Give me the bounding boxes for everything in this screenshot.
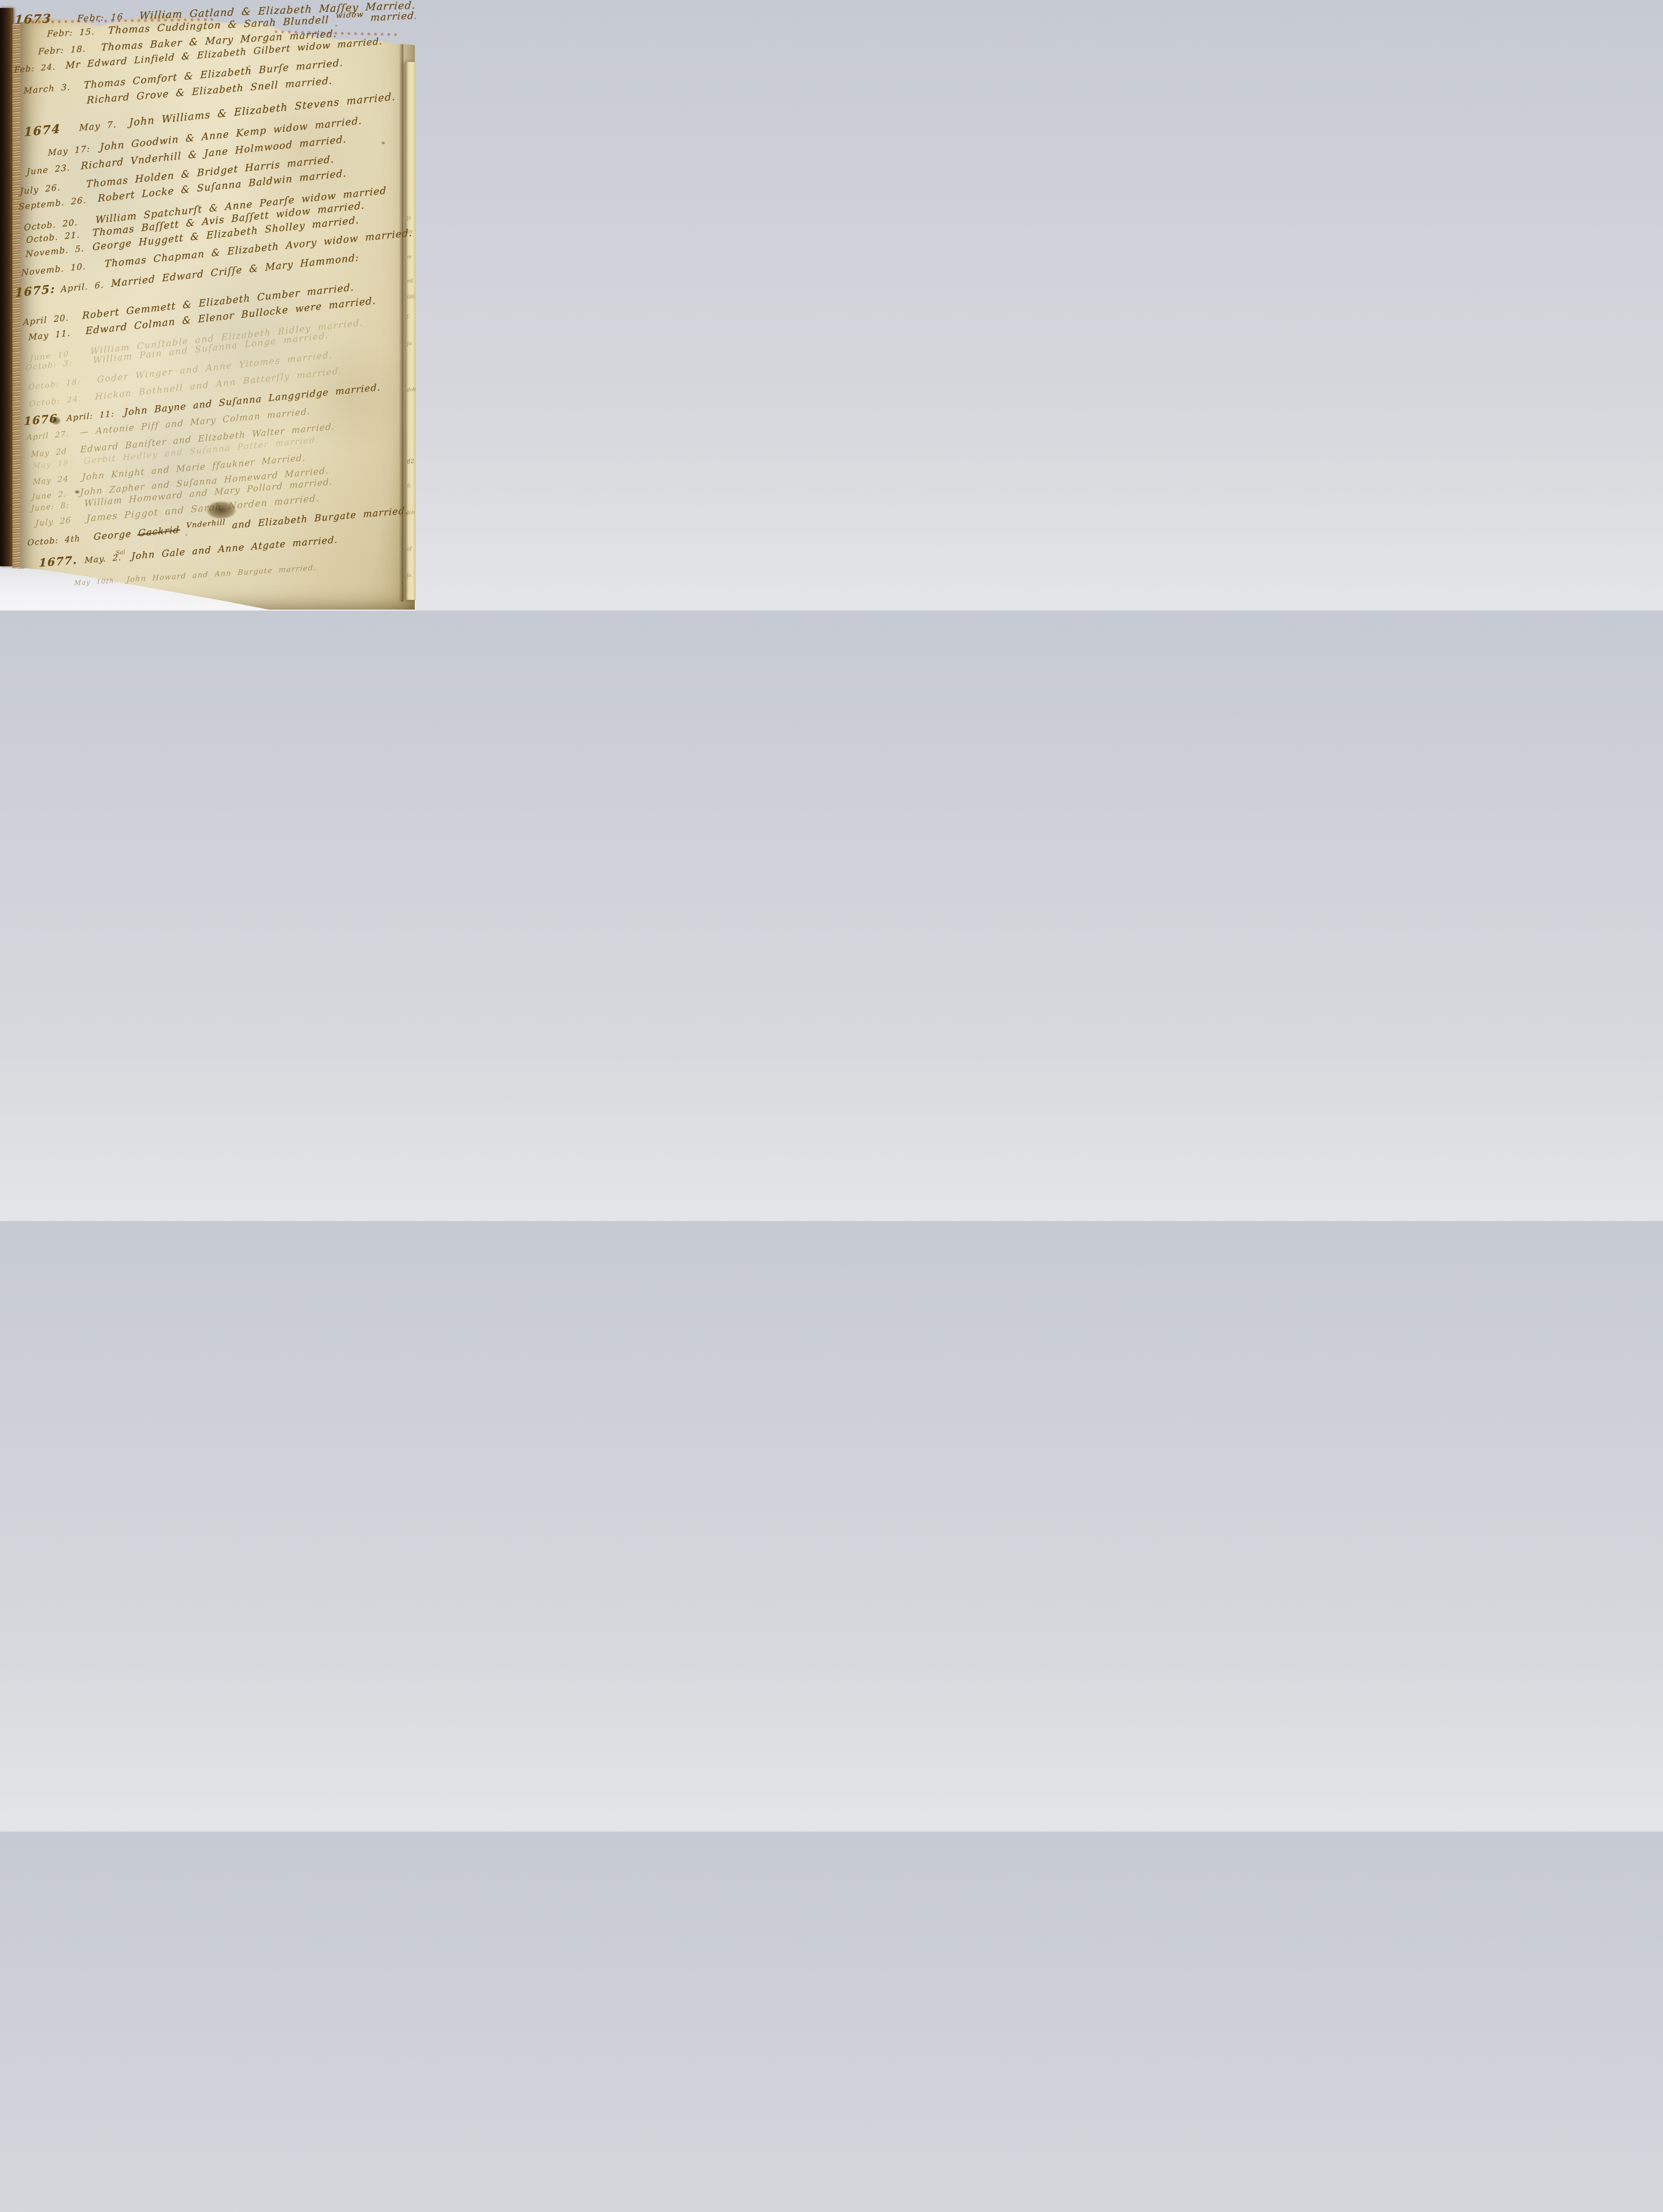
document-scan: 1673Febr: 16William Gatland & Elizabeth … bbox=[0, 0, 416, 611]
marginal-note: Sal bbox=[115, 549, 125, 557]
edge-fragment: mʃ bbox=[406, 277, 413, 284]
edge-fragment: ʃo bbox=[406, 215, 411, 221]
edge-fragment: Ju bbox=[406, 340, 412, 346]
edge-fragment: 9. bbox=[406, 483, 412, 489]
ink-blot bbox=[200, 497, 242, 523]
entry-date: Febr: 16 bbox=[77, 12, 123, 24]
book-spine bbox=[0, 8, 13, 566]
ink-blot bbox=[49, 415, 63, 426]
interlined-word: widow bbox=[336, 10, 364, 20]
edge-fragment: 68). bbox=[406, 293, 416, 300]
year-label: 1673 bbox=[14, 12, 52, 27]
ink-blot bbox=[113, 282, 118, 286]
edge-fragment: ʃ. bbox=[406, 313, 410, 319]
ink-blot bbox=[380, 141, 386, 145]
edge-fragment: ay bbox=[406, 228, 413, 234]
edge-fragment: of bbox=[406, 545, 412, 552]
edge-fragment: m bbox=[406, 253, 412, 260]
edge-fragment: Joh bbox=[406, 509, 415, 516]
ink-blot bbox=[73, 489, 81, 495]
ink-blot bbox=[248, 65, 251, 68]
page-crease bbox=[399, 44, 403, 602]
edge-fragment: ʃo. bbox=[406, 572, 413, 578]
entry-date: Febr: 15. bbox=[46, 27, 95, 39]
facing-page-edge bbox=[405, 62, 416, 600]
edge-fragment: 82 bbox=[406, 458, 414, 465]
edge-fragment: dob bbox=[406, 386, 416, 393]
